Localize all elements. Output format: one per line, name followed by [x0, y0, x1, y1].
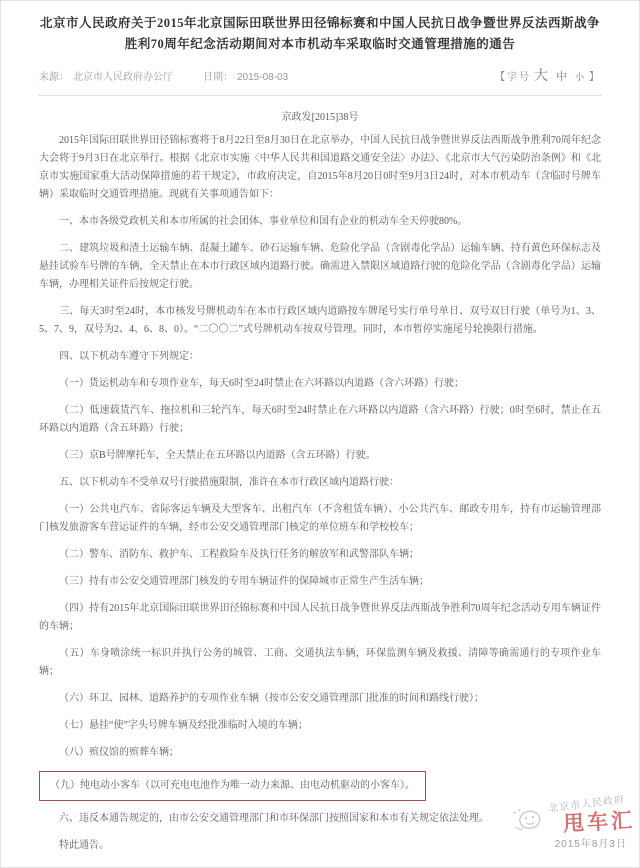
font-size-options: 大中小 — [531, 72, 589, 83]
paragraph: （八）殡仪馆的殡葬车辆； — [39, 744, 601, 762]
paragraph: 五、以下机动车不受单双号行驶措施限制，准许在本市行政区域内道路行驶： — [39, 474, 601, 492]
source-label: 来源： — [39, 72, 69, 83]
source-and-date: 来源：北京市人民政府办公厅日期：2015-08-03 — [39, 68, 292, 83]
paragraph: 2015年国际田联世界田径锦标赛将于8月22日至8月30日在北京举办，中国人民抗… — [39, 132, 601, 204]
source-value: 北京市人民政府办公厅 — [73, 72, 173, 83]
date-value: 2015-08-03 — [237, 72, 288, 83]
notice-page: 北京市人民政府关于2015年北京国际田联世界田径锦标赛和中国人民抗日战争暨世界反… — [0, 0, 640, 868]
font-size-prefix: 【字号 — [495, 72, 531, 83]
font-size-option-small[interactable]: 小 — [575, 72, 586, 82]
font-size-suffix: 】 — [589, 72, 601, 83]
paragraph: （四）持有2015年北京国际田联世界田径锦标赛和中国人民抗日战争暨世界反法西斯战… — [39, 600, 601, 636]
font-size-widget: 【字号大中小】 — [495, 65, 601, 85]
paragraph: （三）京B号牌摩托车，全天禁止在五环路以内道路（含五环路）行驶。 — [39, 447, 601, 465]
font-size-option-medium[interactable]: 中 — [556, 71, 569, 83]
highlighted-paragraph: （九）纯电动小客车（以可充电电池作为唯一动力来源、由电动机驱动的小客车）。 — [39, 771, 426, 801]
paragraph: （一）公共电汽车、省际客运车辆及大型客车、出租汽车（不含租赁车辆）、小公共汽车、… — [39, 501, 601, 537]
paragraph: （二）低速载货汽车、拖拉机和三轮汽车，每天6时至24时禁止在六环路以内道路（含六… — [39, 402, 601, 438]
paragraph: 三、每天3时至24时，本市核发号牌机动车在本市行政区域内道路按车牌尾号实行单号单… — [39, 303, 601, 339]
signature-block: 北京市人民政府 甩车汇 2015年8月3日 — [419, 795, 639, 861]
date-label: 日期： — [203, 72, 233, 83]
paragraph: 四、以下机动车遵守下列规定： — [39, 348, 601, 366]
header-divider — [39, 95, 601, 96]
document-body: 2015年国际田联世界田径锦标赛将于8月22日至8月30日在北京举办，中国人民抗… — [39, 132, 601, 855]
paragraph: （二）警车、消防车、救护车、工程救险车及执行任务的解放军和武警部队车辆； — [39, 546, 601, 564]
page-title: 北京市人民政府关于2015年北京国际田联世界田径锦标赛和中国人民抗日战争暨世界反… — [39, 13, 601, 55]
paragraph: （一）货运机动车和专项作业车，每天6时至24时禁止在六环路以内道路（含六环路）行… — [39, 375, 601, 393]
paragraph: 二、建筑垃圾和渣土运输车辆、混凝土罐车、砂石运输车辆、危险化学品（含剧毒化学品）… — [39, 240, 601, 294]
paragraph: 一、本市各级党政机关和本市所属的社会团体、事业单位和国有企业的机动车全天停驶80… — [39, 213, 601, 231]
paragraph: （五）车身喷涂统一标识并执行公务的城管、工商、交通执法车辆，环保监测车辆及救援、… — [39, 645, 601, 681]
font-size-option-large[interactable]: 大 — [534, 67, 550, 83]
signature-date: 2015年8月3日 — [555, 835, 627, 850]
meta-row: 来源：北京市人民政府办公厅日期：2015-08-03 【字号大中小】 — [39, 65, 601, 85]
smiley-face-icon — [511, 805, 545, 838]
paragraph: （三）持有市公安交通管理部门核发的专用车辆证件的保障城市正常生产生活车辆； — [39, 573, 601, 591]
paragraph: （六）环卫、园林、道路养护的专项作业车辆（按市公安交通管理部门批准的时间和路线行… — [39, 690, 601, 708]
paragraph: （七）悬挂“使”字头号牌车辆及经批准临时入境的车辆； — [39, 717, 601, 735]
doc-number: 京政发[2015]38号 — [39, 108, 601, 123]
watermark-brand: 甩车汇 — [562, 804, 635, 838]
